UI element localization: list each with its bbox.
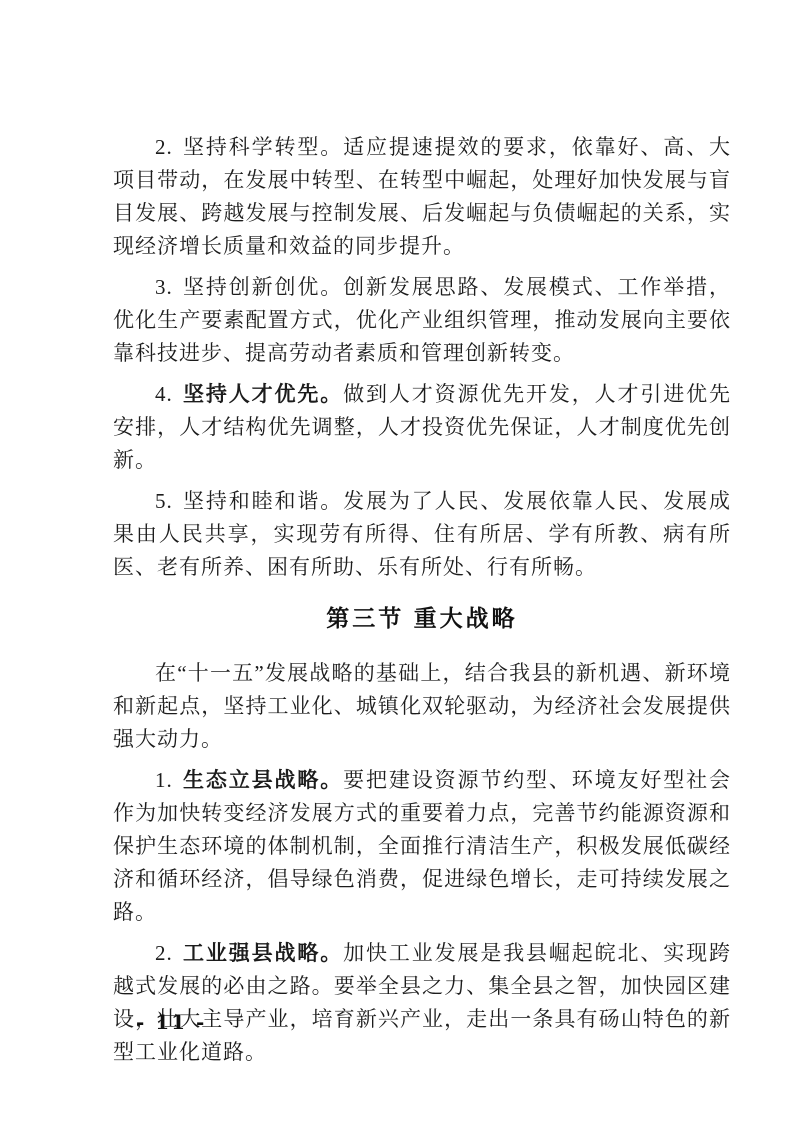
- paragraph-number: 5.: [155, 489, 173, 513]
- paragraph-number: 4.: [155, 382, 173, 406]
- paragraph-number: 1.: [155, 768, 173, 792]
- paragraph-strategy-2: 2.工业强县战略。加快工业发展是我县崛起皖北、实现跨越式发展的必由之路。要举全县…: [113, 937, 731, 1069]
- page-number: - 11 -: [136, 1010, 206, 1034]
- page-content: 2.坚持科学转型。适应提速提效的要求，依靠好、高、大项目带动，在发展中转型、在转…: [113, 131, 731, 1077]
- paragraph-intro: 在“十一五”发展战略的基础上，结合我县的新机遇、新环境和新起点，坚持工业化、城镇…: [113, 657, 731, 756]
- paragraph-strategy-1: 1.生态立县战略。要把建设资源节约型、环境友好型社会作为加快转变经济发展方式的重…: [113, 764, 731, 929]
- paragraph-lead: 坚持科学转型。: [182, 135, 343, 159]
- paragraph-number: 2.: [155, 135, 173, 159]
- paragraph-lead: 坚持创新创优。: [182, 275, 343, 299]
- paragraph-number: 2.: [155, 941, 173, 965]
- paragraph-principle-2: 2.坚持科学转型。适应提速提效的要求，依靠好、高、大项目带动，在发展中转型、在转…: [113, 131, 731, 263]
- paragraph-lead: 坚持和睦和谐。: [182, 489, 343, 513]
- paragraph-number: 3.: [155, 275, 173, 299]
- paragraph-lead: 生态立县战略。: [182, 768, 343, 792]
- paragraph-principle-5: 5.坚持和睦和谐。发展为了人民、发展依靠人民、发展成果由人民共享，实现劳有所得、…: [113, 485, 731, 584]
- paragraph-text: 在“十一五”发展战略的基础上，结合我县的新机遇、新环境和新起点，坚持工业化、城镇…: [113, 661, 731, 751]
- document-page: 2.坚持科学转型。适应提速提效的要求，依靠好、高、大项目带动，在发展中转型、在转…: [0, 0, 793, 1122]
- paragraph-lead: 工业强县战略。: [182, 941, 343, 965]
- paragraph-principle-4: 4.坚持人才优先。做到人才资源优先开发，人才引进优先安排，人才结构优先调整，人才…: [113, 378, 731, 477]
- section-heading: 第三节 重大战略: [113, 602, 731, 635]
- paragraph-principle-3: 3.坚持创新创优。创新发展思路、发展模式、工作举措，优化生产要素配置方式，优化产…: [113, 271, 731, 370]
- paragraph-lead: 坚持人才优先。: [182, 382, 343, 406]
